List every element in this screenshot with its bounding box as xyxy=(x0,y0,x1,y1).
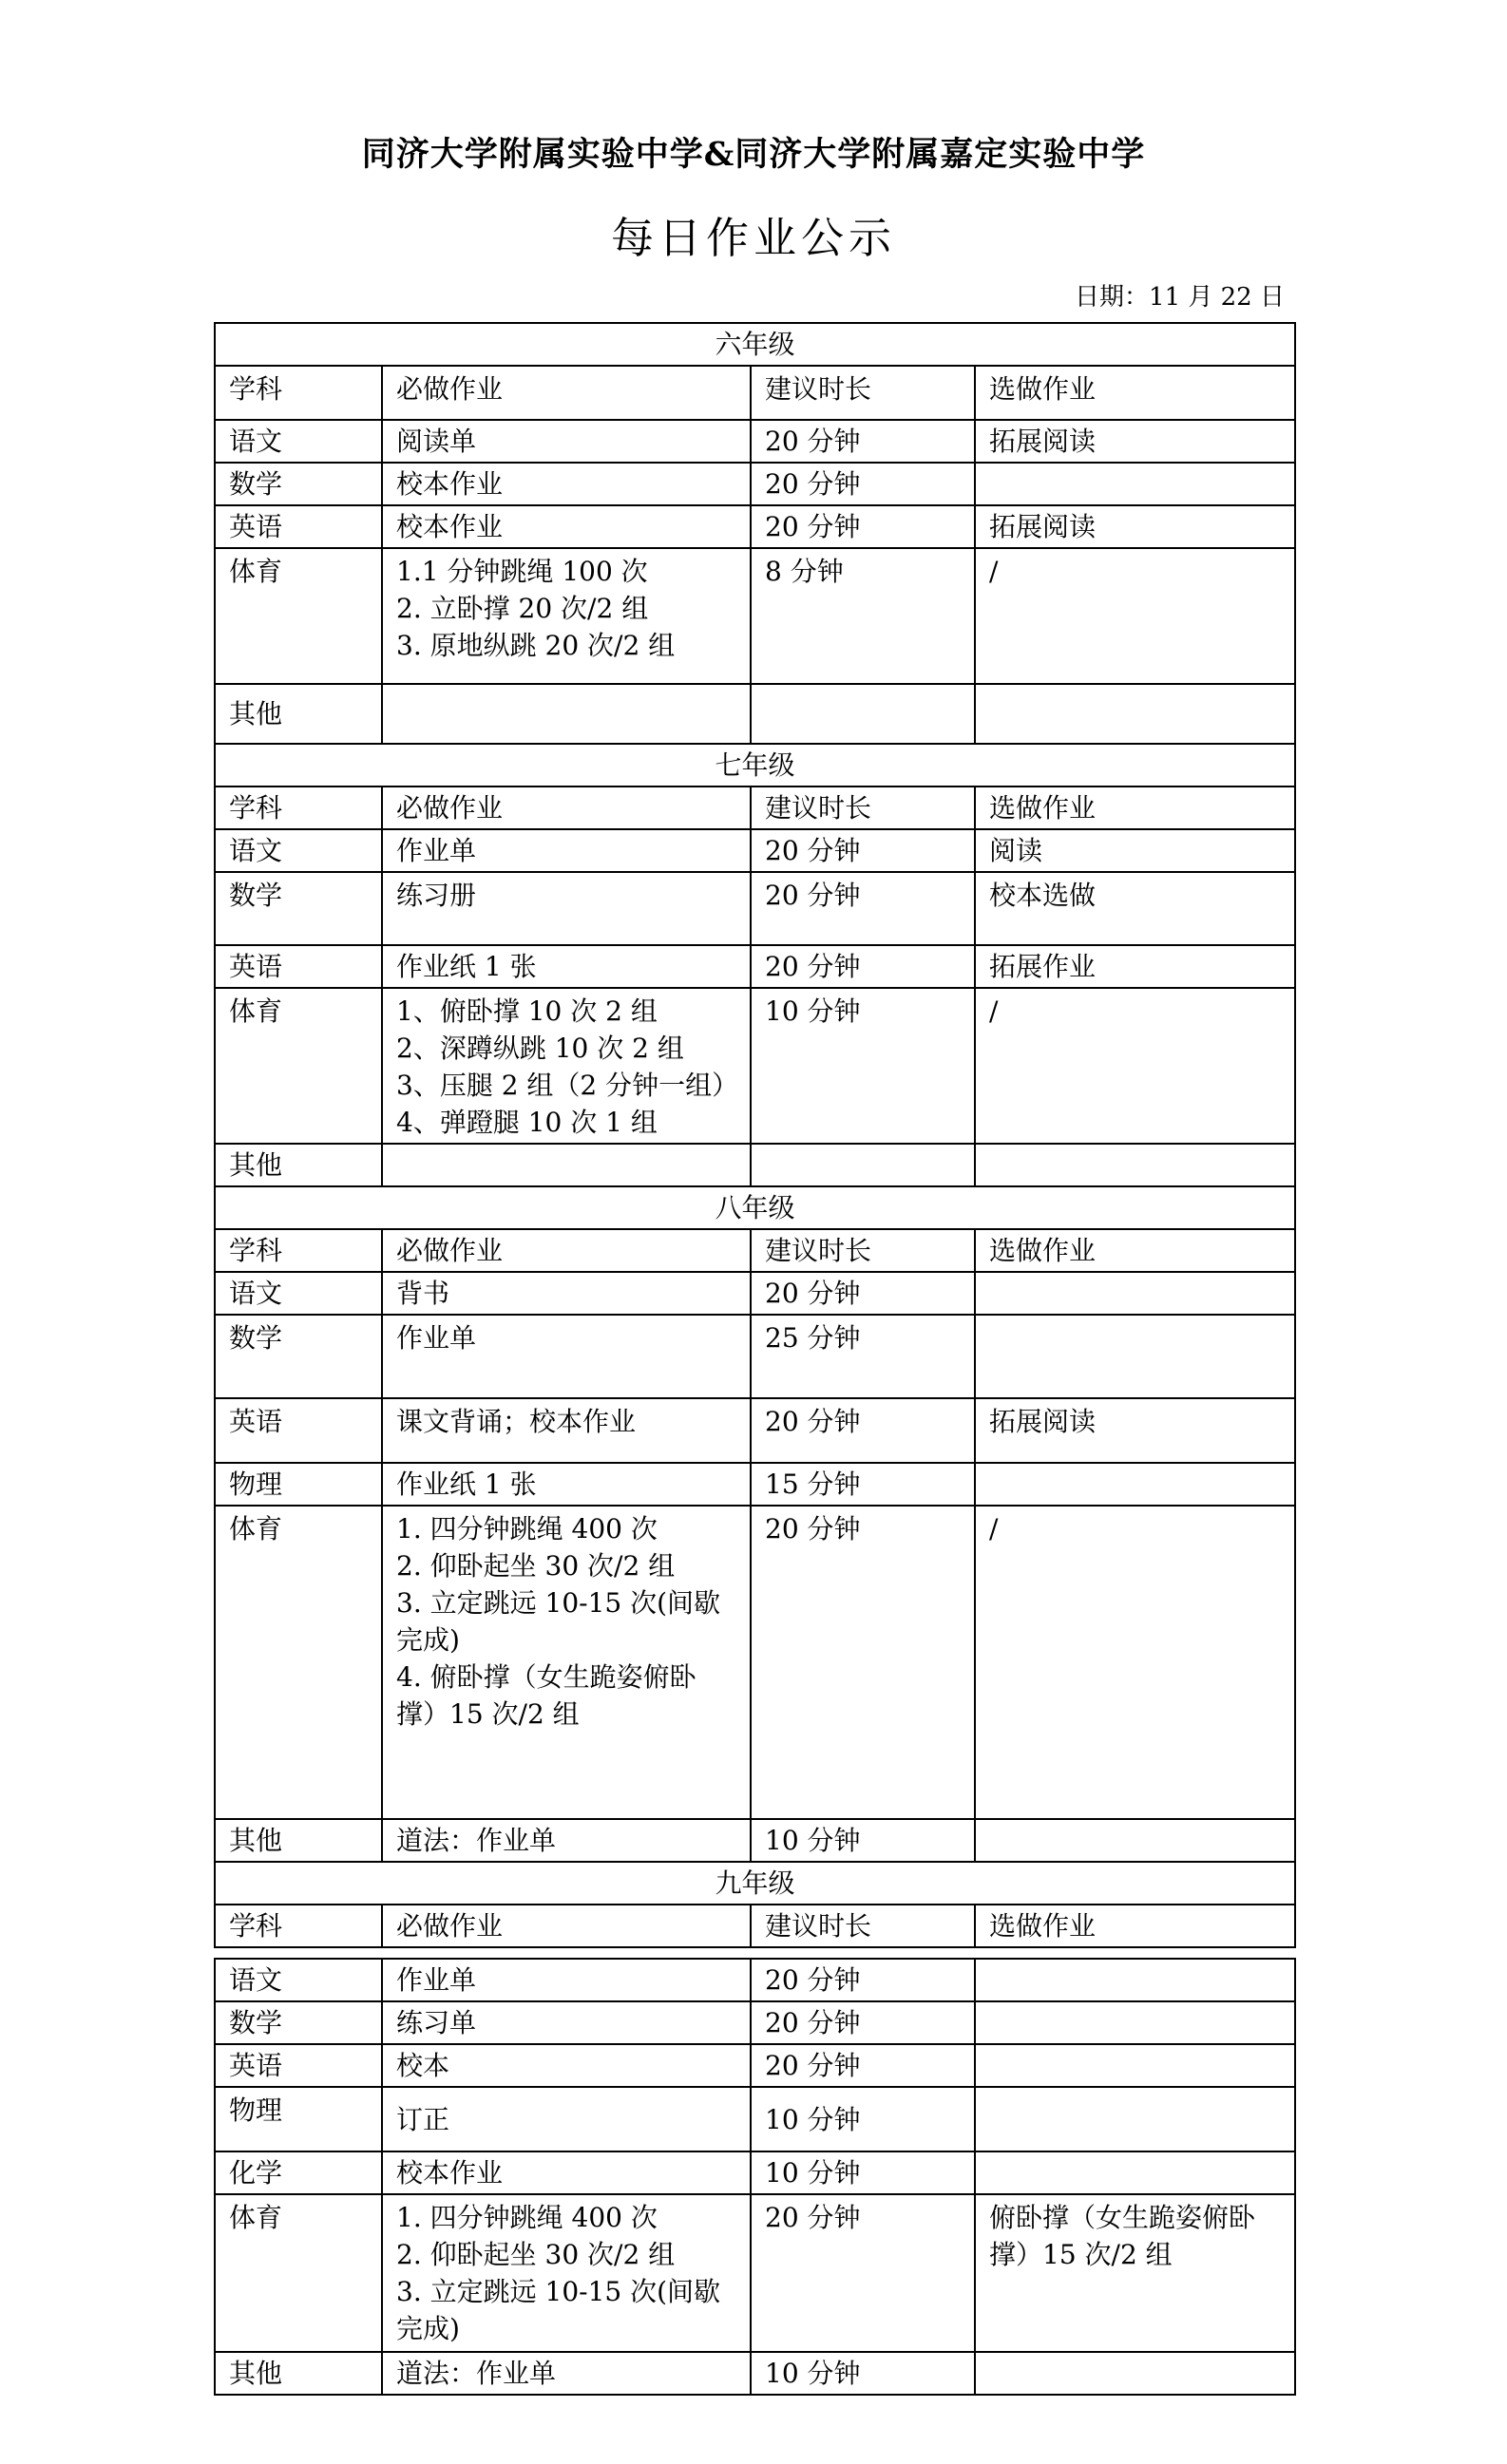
subject-cell: 体育 xyxy=(215,2194,382,2352)
optional-homework-cell xyxy=(975,1272,1295,1315)
suggested-duration-cell: 20 分钟 xyxy=(751,420,975,463)
table-row: 物理订正10 分钟 xyxy=(215,2087,1295,2151)
subject-cell: 体育 xyxy=(215,548,382,684)
table-row: 学科必做作业建议时长选做作业 xyxy=(215,366,1295,420)
optional-homework-cell: 阅读 xyxy=(975,829,1295,872)
suggested-duration-cell: 20 分钟 xyxy=(751,945,975,988)
table-row: 其他 xyxy=(215,684,1295,744)
optional-homework-cell: / xyxy=(975,548,1295,684)
column-header: 学科 xyxy=(215,366,382,420)
subject-cell: 语文 xyxy=(215,829,382,872)
subject-cell: 语文 xyxy=(215,1959,382,2001)
optional-homework-cell xyxy=(975,684,1295,744)
column-header: 学科 xyxy=(215,787,382,829)
required-homework-cell: 作业单 xyxy=(382,1315,751,1398)
optional-homework-cell xyxy=(975,2352,1295,2395)
suggested-duration-cell: 10 分钟 xyxy=(751,2352,975,2395)
table-row: 数学练习单20 分钟 xyxy=(215,2001,1295,2044)
suggested-duration-cell: 20 分钟 xyxy=(751,2194,975,2352)
homework-table-main: 六年级学科必做作业建议时长选做作业语文阅读单20 分钟拓展阅读数学校本作业20 … xyxy=(214,322,1296,1948)
subject-cell: 语文 xyxy=(215,420,382,463)
date-label: 日期：11 月 22 日 xyxy=(0,285,1285,311)
required-homework-cell: 背书 xyxy=(382,1272,751,1315)
optional-homework-cell: / xyxy=(975,1506,1295,1819)
subject-cell: 数学 xyxy=(215,463,382,505)
suggested-duration-cell: 20 分钟 xyxy=(751,463,975,505)
required-homework-cell xyxy=(382,684,751,744)
required-homework-cell: 校本作业 xyxy=(382,2151,751,2194)
column-header: 建议时长 xyxy=(751,1229,975,1272)
optional-homework-cell xyxy=(975,2087,1295,2151)
table-row: 六年级 xyxy=(215,323,1295,366)
table-row: 学科必做作业建议时长选做作业 xyxy=(215,787,1295,829)
column-header: 学科 xyxy=(215,1229,382,1272)
table-row: 七年级 xyxy=(215,744,1295,787)
column-header: 必做作业 xyxy=(382,787,751,829)
required-homework-cell: 课文背诵；校本作业 xyxy=(382,1398,751,1463)
optional-homework-cell xyxy=(975,1315,1295,1398)
optional-homework-cell xyxy=(975,463,1295,505)
table-row: 其他道法：作业单10 分钟 xyxy=(215,1819,1295,1862)
subject-cell: 体育 xyxy=(215,1506,382,1819)
required-homework-cell: 1. 四分钟跳绳 400 次 2. 仰卧起坐 30 次/2 组 3. 立定跳远 … xyxy=(382,1506,751,1819)
required-homework-cell: 道法：作业单 xyxy=(382,1819,751,1862)
optional-homework-cell xyxy=(975,1959,1295,2001)
optional-homework-cell: 俯卧撑（女生跪姿俯卧 撑）15 次/2 组 xyxy=(975,2194,1295,2352)
column-header: 学科 xyxy=(215,1905,382,1947)
table-row: 其他道法：作业单10 分钟 xyxy=(215,2352,1295,2395)
table-row: 英语作业纸 1 张20 分钟拓展作业 xyxy=(215,945,1295,988)
required-homework-cell: 练习册 xyxy=(382,872,751,945)
table-row: 英语校本20 分钟 xyxy=(215,2044,1295,2087)
table-row: 英语课文背诵；校本作业20 分钟拓展阅读 xyxy=(215,1398,1295,1463)
required-homework-cell: 校本作业 xyxy=(382,505,751,548)
suggested-duration-cell: 10 分钟 xyxy=(751,988,975,1144)
required-homework-cell: 作业单 xyxy=(382,829,751,872)
suggested-duration-cell: 20 分钟 xyxy=(751,829,975,872)
suggested-duration-cell: 20 分钟 xyxy=(751,2001,975,2044)
required-homework-cell: 练习单 xyxy=(382,2001,751,2044)
required-homework-cell: 作业纸 1 张 xyxy=(382,1463,751,1506)
table-row: 数学练习册20 分钟校本选做 xyxy=(215,872,1295,945)
optional-homework-cell: 拓展作业 xyxy=(975,945,1295,988)
required-homework-cell: 作业纸 1 张 xyxy=(382,945,751,988)
required-homework-cell: 1.1 分钟跳绳 100 次 2. 立卧撑 20 次/2 组 3. 原地纵跳 2… xyxy=(382,548,751,684)
subject-cell: 化学 xyxy=(215,2151,382,2194)
table-row: 八年级 xyxy=(215,1186,1295,1229)
table-row: 物理作业纸 1 张15 分钟 xyxy=(215,1463,1295,1506)
optional-homework-cell xyxy=(975,1819,1295,1862)
required-homework-cell: 作业单 xyxy=(382,1959,751,2001)
subject-cell: 其他 xyxy=(215,684,382,744)
required-homework-cell: 订正 xyxy=(382,2087,751,2151)
suggested-duration-cell xyxy=(751,684,975,744)
subject-cell: 其他 xyxy=(215,1144,382,1186)
table-row: 英语校本作业20 分钟拓展阅读 xyxy=(215,505,1295,548)
subject-cell: 物理 xyxy=(215,1463,382,1506)
column-header: 建议时长 xyxy=(751,1905,975,1947)
suggested-duration-cell: 20 分钟 xyxy=(751,1398,975,1463)
subject-cell: 数学 xyxy=(215,2001,382,2044)
table-row: 体育1. 四分钟跳绳 400 次 2. 仰卧起坐 30 次/2 组 3. 立定跳… xyxy=(215,2194,1295,2352)
optional-homework-cell xyxy=(975,1144,1295,1186)
table-row: 体育1、俯卧撑 10 次 2 组 2、深蹲纵跳 10 次 2 组 3、压腿 2 … xyxy=(215,988,1295,1144)
required-homework-cell xyxy=(382,1144,751,1186)
column-header: 选做作业 xyxy=(975,1229,1295,1272)
column-header: 建议时长 xyxy=(751,366,975,420)
suggested-duration-cell: 15 分钟 xyxy=(751,1463,975,1506)
homework-table-grade9-body-rows: 语文作业单20 分钟数学练习单20 分钟英语校本20 分钟物理订正10 分钟化学… xyxy=(215,1959,1295,2395)
column-header: 选做作业 xyxy=(975,787,1295,829)
table-row: 化学校本作业10 分钟 xyxy=(215,2151,1295,2194)
required-homework-cell: 校本 xyxy=(382,2044,751,2087)
suggested-duration-cell: 25 分钟 xyxy=(751,1315,975,1398)
suggested-duration-cell: 10 分钟 xyxy=(751,2151,975,2194)
subject-cell: 体育 xyxy=(215,988,382,1144)
grade-section-title: 九年级 xyxy=(215,1862,1295,1905)
page-title: 每日作业公示 xyxy=(0,216,1507,260)
school-title: 同济大学附属实验中学&同济大学附属嘉定实验中学 xyxy=(0,0,1507,172)
table-row: 学科必做作业建议时长选做作业 xyxy=(215,1229,1295,1272)
subject-cell: 英语 xyxy=(215,1398,382,1463)
table-row: 语文阅读单20 分钟拓展阅读 xyxy=(215,420,1295,463)
suggested-duration-cell: 10 分钟 xyxy=(751,2087,975,2151)
optional-homework-cell: 拓展阅读 xyxy=(975,505,1295,548)
table-row: 其他 xyxy=(215,1144,1295,1186)
table-row: 九年级 xyxy=(215,1862,1295,1905)
subject-cell: 其他 xyxy=(215,2352,382,2395)
suggested-duration-cell: 20 分钟 xyxy=(751,1959,975,2001)
suggested-duration-cell: 20 分钟 xyxy=(751,872,975,945)
optional-homework-cell xyxy=(975,2044,1295,2087)
homework-table-main-body: 六年级学科必做作业建议时长选做作业语文阅读单20 分钟拓展阅读数学校本作业20 … xyxy=(215,323,1295,1947)
table-row: 体育1. 四分钟跳绳 400 次 2. 仰卧起坐 30 次/2 组 3. 立定跳… xyxy=(215,1506,1295,1819)
subject-cell: 英语 xyxy=(215,945,382,988)
homework-table-grade9-body: 语文作业单20 分钟数学练习单20 分钟英语校本20 分钟物理订正10 分钟化学… xyxy=(214,1958,1296,2396)
suggested-duration-cell: 20 分钟 xyxy=(751,1272,975,1315)
column-header: 建议时长 xyxy=(751,787,975,829)
column-header: 必做作业 xyxy=(382,366,751,420)
required-homework-cell: 校本作业 xyxy=(382,463,751,505)
column-header: 必做作业 xyxy=(382,1229,751,1272)
subject-cell: 物理 xyxy=(215,2087,382,2151)
required-homework-cell: 1. 四分钟跳绳 400 次 2. 仰卧起坐 30 次/2 组 3. 立定跳远 … xyxy=(382,2194,751,2352)
suggested-duration-cell: 10 分钟 xyxy=(751,1819,975,1862)
homework-tables: 六年级学科必做作业建议时长选做作业语文阅读单20 分钟拓展阅读数学校本作业20 … xyxy=(214,322,1507,2396)
subject-cell: 英语 xyxy=(215,2044,382,2087)
optional-homework-cell xyxy=(975,1463,1295,1506)
column-header: 选做作业 xyxy=(975,366,1295,420)
optional-homework-cell xyxy=(975,2151,1295,2194)
suggested-duration-cell: 8 分钟 xyxy=(751,548,975,684)
suggested-duration-cell: 20 分钟 xyxy=(751,505,975,548)
optional-homework-cell: / xyxy=(975,988,1295,1144)
suggested-duration-cell: 20 分钟 xyxy=(751,2044,975,2087)
optional-homework-cell xyxy=(975,2001,1295,2044)
subject-cell: 数学 xyxy=(215,872,382,945)
suggested-duration-cell xyxy=(751,1144,975,1186)
subject-cell: 其他 xyxy=(215,1819,382,1862)
table-row: 语文作业单20 分钟 xyxy=(215,1959,1295,2001)
column-header: 选做作业 xyxy=(975,1905,1295,1947)
grade-section-title: 六年级 xyxy=(215,323,1295,366)
table-row: 学科必做作业建议时长选做作业 xyxy=(215,1905,1295,1947)
optional-homework-cell: 校本选做 xyxy=(975,872,1295,945)
table-row: 语文背书20 分钟 xyxy=(215,1272,1295,1315)
required-homework-cell: 阅读单 xyxy=(382,420,751,463)
subject-cell: 数学 xyxy=(215,1315,382,1398)
subject-cell: 英语 xyxy=(215,505,382,548)
table-gap xyxy=(214,1948,1507,1958)
suggested-duration-cell: 20 分钟 xyxy=(751,1506,975,1819)
table-row: 数学作业单25 分钟 xyxy=(215,1315,1295,1398)
table-row: 数学校本作业20 分钟 xyxy=(215,463,1295,505)
column-header: 必做作业 xyxy=(382,1905,751,1947)
grade-section-title: 七年级 xyxy=(215,744,1295,787)
grade-section-title: 八年级 xyxy=(215,1186,1295,1229)
table-row: 语文作业单20 分钟阅读 xyxy=(215,829,1295,872)
subject-cell: 语文 xyxy=(215,1272,382,1315)
optional-homework-cell: 拓展阅读 xyxy=(975,420,1295,463)
required-homework-cell: 1、俯卧撑 10 次 2 组 2、深蹲纵跳 10 次 2 组 3、压腿 2 组（… xyxy=(382,988,751,1144)
document-page: 同济大学附属实验中学&同济大学附属嘉定实验中学 每日作业公示 日期：11 月 2… xyxy=(0,0,1507,2464)
optional-homework-cell: 拓展阅读 xyxy=(975,1398,1295,1463)
table-row: 体育1.1 分钟跳绳 100 次 2. 立卧撑 20 次/2 组 3. 原地纵跳… xyxy=(215,548,1295,684)
required-homework-cell: 道法：作业单 xyxy=(382,2352,751,2395)
